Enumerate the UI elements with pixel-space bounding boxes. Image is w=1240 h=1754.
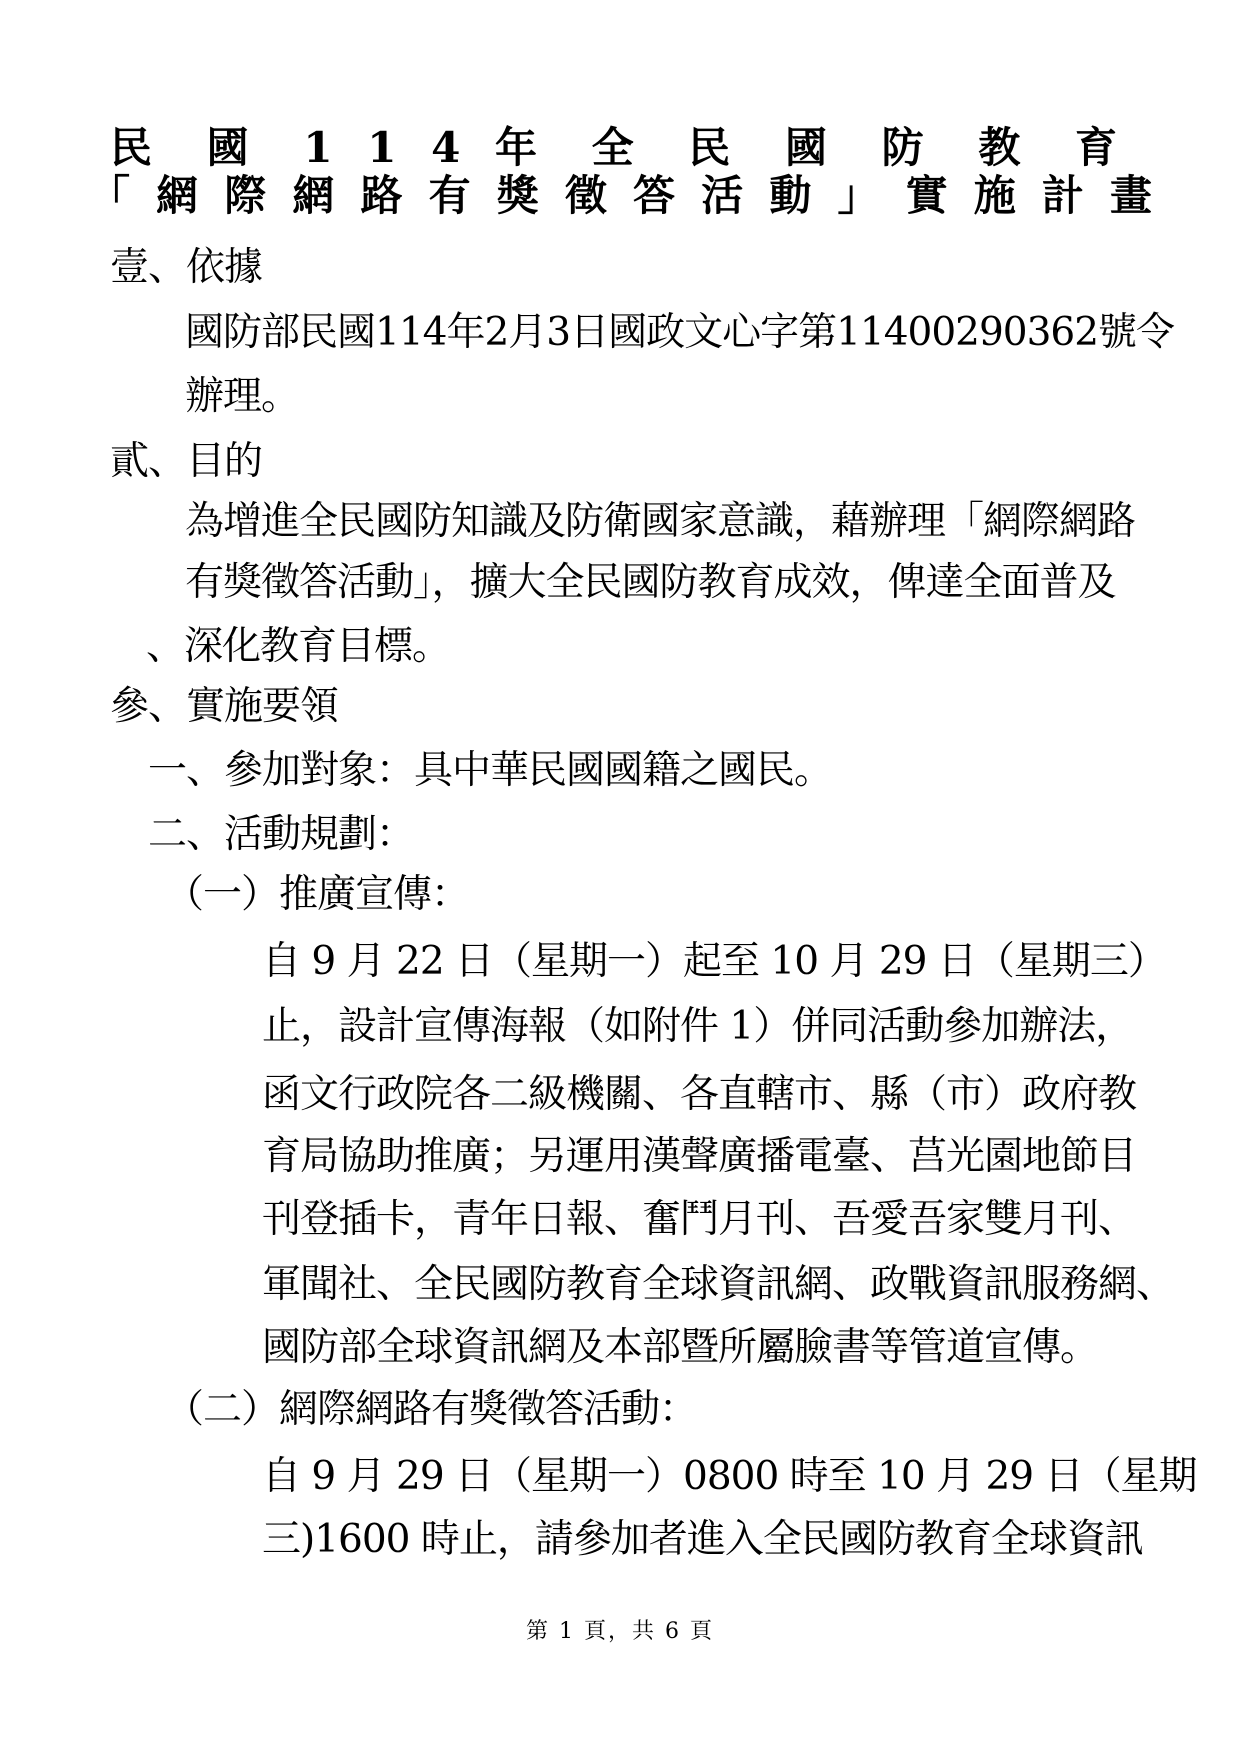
promotion-para-line-7: 國防部全球資訊網及本部暨所屬臉書等管道宣傳。 (262, 1323, 1098, 1373)
quiz-para-line-2: 三)1600 時止，請參加者進入全民國防教育全球資訊 (262, 1515, 1143, 1565)
document-page: 民 國 1 1 4 年 全 民 國 防 教 育 「 網 際 網 路 有 獎 徵 … (0, 0, 1240, 1754)
page-number-indicator: 第 1 頁，共 6 頁 (0, 1617, 1240, 1647)
section-3-item-1-participants: 一、參加對象：具中華民國國籍之國民。 (148, 746, 832, 796)
promotion-para-line-3: 函文行政院各二級機關、各直轄市、縣（市）政府教 (262, 1070, 1136, 1120)
promotion-para-line-4: 育局協助推廣；另運用漢聲廣播電臺、莒光園地節目 (262, 1132, 1136, 1182)
section-1-heading: 壹、依據 (110, 243, 262, 293)
quiz-para-line-1: 自 9 月 29 日（星期一）0800 時至 10 月 29 日（星期 (262, 1452, 1197, 1502)
section-1-basis-line-2: 辦理。 (185, 372, 299, 422)
promotion-para-line-6: 軍聞社、全民國防教育全球資訊網、政戰資訊服務網、 (262, 1260, 1174, 1310)
section-2-purpose-line-2: 有獎徵答活動」，擴大全民國防教育成效，俾達全面普及 (185, 558, 1116, 608)
subitem-1-promotion-heading: （一）推廣宣傳： (165, 870, 469, 920)
promotion-para-line-1: 自 9 月 22 日（星期一）起至 10 月 29 日（星期三） (262, 937, 1166, 987)
section-3-item-2-activity-plan: 二、活動規劃： (148, 810, 414, 860)
promotion-para-line-2: 止，設計宣傳海報（如附件 1）併同活動參加辦法， (262, 1002, 1133, 1052)
section-2-purpose-line-3: 、深化教育目標。 (146, 622, 450, 672)
promotion-para-line-5: 刊登插卡，青年日報、奮鬥月刊、吾愛吾家雙月刊、 (262, 1195, 1136, 1245)
section-3-heading: 參、實施要領 (110, 682, 338, 732)
section-1-basis-line-1: 國防部民國114年2月3日國政文心字第11400290362號令 (185, 308, 1174, 358)
document-title-line-1: 民 國 1 1 4 年 全 民 國 防 教 育 (110, 124, 1117, 172)
subitem-2-quiz-heading: （二）網際網路有獎徵答活動： (165, 1385, 697, 1435)
section-2-heading: 貳、目的 (110, 437, 262, 487)
document-title-line-2: 「 網 際 網 路 有 獎 徵 答 活 動 」 實 施 計 畫 (88, 172, 1152, 220)
section-2-purpose-line-1: 為增進全民國防知識及防衛國家意識，藉辦理「網際網路 (185, 497, 1135, 547)
